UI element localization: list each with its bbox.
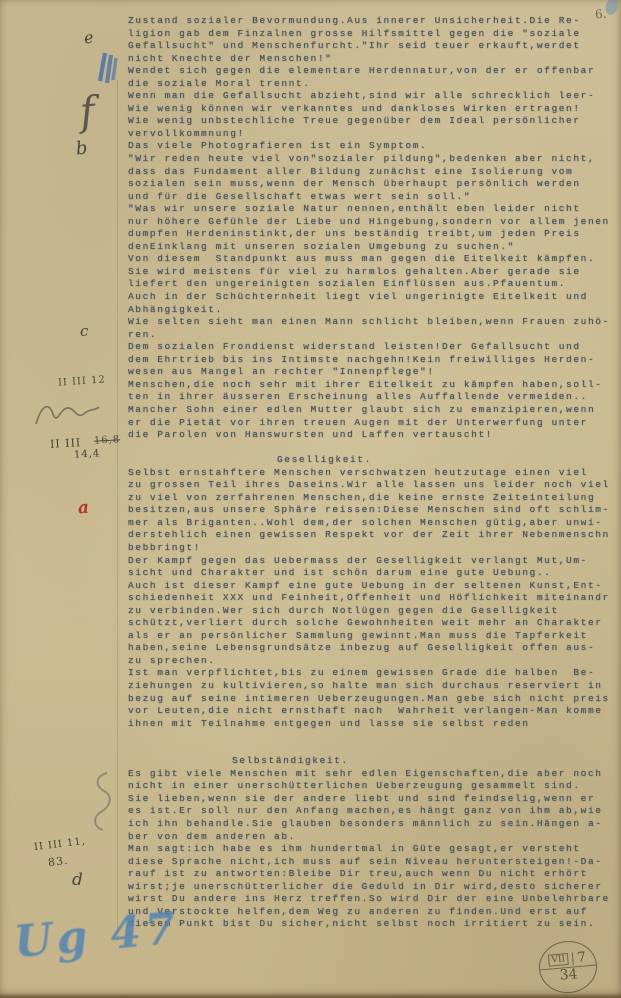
margin-letter-b: b (75, 139, 88, 158)
typed-line: ziehungen zu kultivieren,so halte man si… (128, 680, 620, 693)
typed-line: er die Pietät vor ihren treuen Augen mit… (128, 417, 620, 430)
corner-smudge (603, 0, 621, 18)
typed-line: ten in ihrer äusseren Erscheinung alles … (128, 391, 620, 404)
document-page: Zustand sozialer Bevormundung.Aus innere… (0, 0, 621, 998)
margin-letter-f: f (78, 91, 96, 132)
typed-line: zu grossen Teil ihres Daseins.Wir alle l… (128, 479, 620, 492)
typed-line: mer als Briganten..Wohl dem,der solchen … (128, 517, 620, 530)
typed-line: Wie wenig können wir verkanntes und dank… (128, 103, 620, 116)
typed-line: es ist.Er soll nur den Anfang machen,es … (128, 805, 620, 818)
typed-line: die Parolen von Hanswursten und Laffen v… (128, 429, 620, 442)
margin-note-ii-iii-11: II III 11, (34, 837, 87, 853)
margin-letter-c: c (80, 324, 88, 339)
typed-line: als er an persönlicher Sammlung gewinnt.… (128, 630, 620, 643)
margin-letter-a: a (77, 500, 89, 518)
typed-line: sicht und Charakter und ist schön darum … (128, 567, 620, 580)
typed-line: ren. (128, 329, 620, 342)
typed-line: dem Ehrtrieb bis ins Intimste nachgehn!K… (128, 354, 620, 367)
typed-line: und für die Gesellschaft etwas wert sein… (128, 191, 620, 204)
typed-line: Wenn man die Gefallsucht abzieht,sind wi… (128, 90, 620, 103)
typed-line: zu sprechen. (128, 655, 620, 668)
typed-line: Auch in der Schüchternheit liegt viel un… (128, 291, 620, 304)
stamp-roman-numeral: VII (548, 953, 569, 967)
margin-flourish-s (88, 770, 116, 834)
typed-line: ihnen mit Teilnahme entgegen und lasse s… (128, 718, 620, 731)
typed-line: ber von dem anderen ab. (128, 831, 620, 844)
typed-line: sozialen sein muss,wenn der Mensch überh… (128, 178, 620, 191)
typed-line: rauf ist zu antworten:Bleibe Dir treu,au… (128, 868, 620, 881)
margin-note-83: 83. (47, 855, 69, 868)
blank-line (128, 442, 620, 455)
typed-line: Sie lieben,wenn sie der andere liebt und… (128, 793, 620, 806)
typed-line: Wie wenig unbstechliche Treue gegenüber … (128, 115, 620, 128)
typed-line: wesen aus Mangel an rechter "Innenpflege… (128, 366, 620, 379)
typed-line: Das viele Photografieren ist ein Symptom… (128, 140, 620, 153)
typed-line: wirst;je unerschütterlicher die Geduld i… (128, 881, 620, 894)
typed-line: die soziale Moral trennt. (128, 78, 620, 91)
typed-line: schiedenheit XXX und Feinheit,Offenheit … (128, 592, 620, 605)
typed-line: Von diesem Standpunkt aus muss man gegen… (128, 253, 620, 266)
typed-line: Gefallsucht" und Menschenfurcht."Ihr sei… (128, 40, 620, 53)
typed-line: haben,seine Lebensgrundsätze inbezug auf… (128, 642, 620, 655)
typed-line: vor Leuten,die nicht ernsthaft nach Wahr… (128, 705, 620, 718)
typed-line: Menschen,die noch sehr mit ihrer Eitelke… (128, 379, 620, 392)
typed-line: bezug auf seine intimeren Ueberzeugungen… (128, 693, 620, 706)
typed-line: und Verstockte helfen,dem Weg zu anderen… (128, 906, 620, 919)
typescript-text-block: Zustand sozialer Bevormundung.Aus innere… (128, 15, 620, 931)
typed-line: zu viel von zerfahrenen Menschen,die kei… (128, 492, 620, 505)
typed-line: nicht in einer unerschütterlichen Ueberz… (128, 780, 620, 793)
typed-line: Mancher Sohn einer edlen Mutter glaubt s… (128, 404, 620, 417)
margin-note-14-4: 14,4 (74, 449, 101, 460)
typed-line: dass das Fundament aller Bildung zunächs… (128, 166, 620, 179)
typed-line: ligion gab dem Finzalnen grosse Hilfsmit… (128, 28, 620, 41)
blue-signature: Ug 47 (12, 907, 181, 965)
typed-line: vervollkommnung! (128, 128, 620, 141)
blue-crayon-mark (96, 50, 118, 86)
page-bottom-edge (0, 993, 621, 998)
typed-line: wirst Du andere ins Herz treffen.So wird… (128, 893, 620, 906)
typed-line: diese Sprache nicht,ich muss auf sein Ni… (128, 856, 620, 869)
typed-line: Sie wird meistens für viel zu harmlos ge… (128, 266, 620, 279)
typed-line: zu verbinden.Wer sich durch Notlügen geg… (128, 605, 620, 618)
typed-line: Abhängigkeit. (128, 304, 620, 317)
margin-note-ii-iii-12: II III 12 (58, 375, 106, 388)
margin-note-struck-number: 16,8 (94, 435, 121, 446)
typed-line: diesem Punkt bist Du sicher,nicht selbst… (128, 918, 620, 931)
typed-line: Auch ist dieser Kampf eine gute Uebung i… (128, 580, 620, 593)
typed-line: Es gibt viele Menschen mit sehr edlen Ei… (128, 768, 620, 781)
typed-line: Der Kampf gegen das Uebermass der Gesell… (128, 555, 620, 568)
typed-line: denEinklang mit unseren sozialen Umgebun… (128, 241, 620, 254)
typed-line: Zustand sozialer Bevormundung.Aus innere… (128, 15, 620, 28)
typed-line: schützt,verliert durch solche Gewohnheit… (128, 617, 620, 630)
margin-note-ii-iii: II III (50, 437, 82, 450)
typed-line: besitzen,aus unsere Sphäre reissen:Diese… (128, 504, 620, 517)
archive-stamp: VII 7 34 (537, 939, 599, 996)
typed-line: derstehlich einen gewissen Respekt vor d… (128, 529, 620, 542)
typed-line: Ist man verpflichtet,bis zu einem gewiss… (128, 667, 620, 680)
typed-line: bebbringt! (128, 542, 620, 555)
typed-line: nicht Knechte der Menschen!" (128, 53, 620, 66)
paper-crease (117, 80, 118, 940)
margin-letter-d: d (72, 872, 83, 889)
typed-line: "Wir reden heute viel von"sozialer pildu… (128, 153, 620, 166)
typed-line: dumpfen Herdeninstinkt,der uns beständig… (128, 228, 620, 241)
blank-line (128, 743, 620, 756)
typed-line: ich ihn behandle.Sie glauben besonders m… (128, 818, 620, 831)
blank-line (128, 730, 620, 743)
typed-line: Dem sozialen Frondienst widerstand leist… (128, 341, 620, 354)
typed-line: liefert den ungereinigten sozialen Einfl… (128, 278, 620, 291)
stamp-number-seven: 7 (572, 951, 587, 965)
typed-line: Wendet sich gegen die elementare Herdenn… (128, 65, 620, 78)
typed-line: Man sagt:ich habe es ihm hundertmal in G… (128, 843, 620, 856)
section-heading: Selbständigkeit. (128, 755, 620, 768)
typed-line: Wie selten sieht man einen Mann schlicht… (128, 316, 620, 329)
margin-scribble (32, 398, 102, 434)
typed-line: Selbst ernstahftere Menschen verschwatze… (128, 467, 620, 480)
typed-line: nur höhere Gefühle der Liebe und Hingebu… (128, 216, 620, 229)
section-heading: Geselligkeit. (128, 454, 620, 467)
margin-letter-e: e (83, 29, 95, 46)
typed-line: "Was wir unsere soziale Natur nennen,ent… (128, 203, 620, 216)
